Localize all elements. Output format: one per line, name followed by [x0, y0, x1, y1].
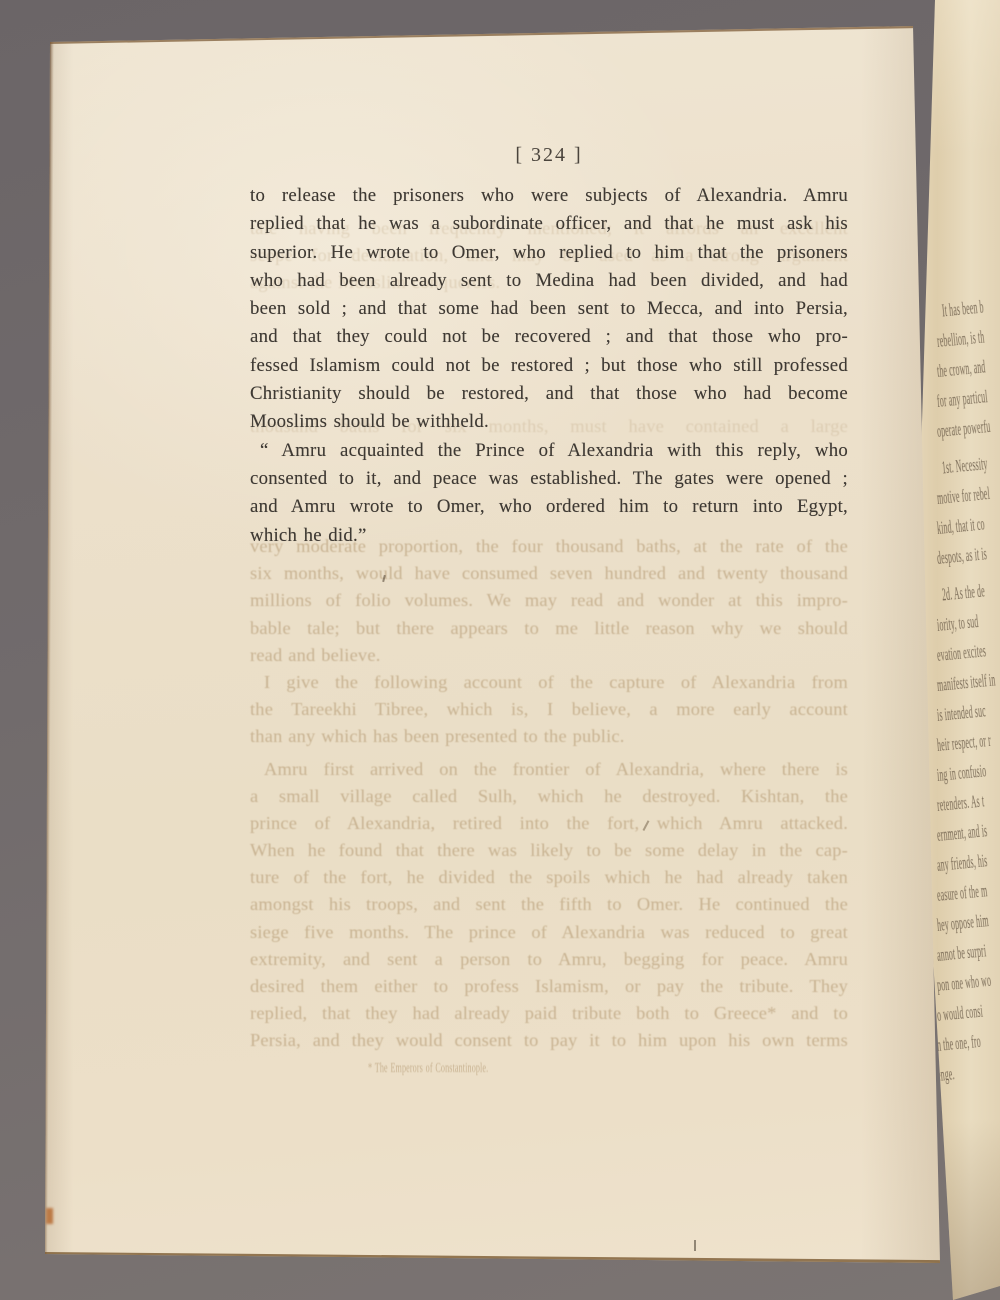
page-left-edge [38, 39, 54, 1256]
text-line: been sold ; and that some had been sent … [250, 295, 848, 323]
bleed-through-line: bable tale; but there appears to me litt… [250, 615, 848, 642]
bleed-through-line: replied, that they had already paid trib… [250, 1000, 848, 1027]
text-line: superior. He wrote to Omer, who replied … [250, 239, 848, 267]
text-line: fessed Islamism could not be restored ; … [250, 352, 848, 380]
bleed-through-lower: very moderate proportion, the four thous… [250, 533, 848, 1055]
text-line: “ Amru acquainted the Prince of Alexandr… [250, 437, 848, 465]
bleed-through-line: very moderate proportion, the four thous… [250, 533, 848, 560]
text-line: to release the prisoners who were subjec… [250, 182, 848, 210]
bleed-through-line: prince of Alexandria, retired into the f… [250, 810, 848, 837]
book-page: [ 324 ] tale having been frequently ment… [42, 24, 942, 1266]
bleed-through-line: Persia, and they would consent to pay it… [250, 1027, 848, 1054]
bleed-through-line: desired them either to profess Islamism,… [250, 973, 848, 1000]
page-number: [ 324 ] [250, 144, 848, 167]
bleed-through-line: a small village called Sulh, which he de… [250, 783, 848, 810]
bleed-through-line: siege five months. The prince of Alexand… [250, 919, 848, 946]
bleed-through-line: When he found that there was likely to b… [250, 837, 848, 864]
bleed-through-line: millions of folio volumes. We may read a… [250, 587, 848, 614]
text-line: and that they could not be recovered ; a… [250, 323, 848, 351]
next-page-text-fragment: It has been brebellion, is ththe crown, … [937, 296, 1000, 1090]
bleed-through-line: amongst his troops, and sent the fifth t… [250, 891, 848, 918]
bleed-through-line: read and believe. [250, 642, 848, 669]
text-line: who had been already sent to Medina had … [250, 267, 848, 295]
bleed-through-footnote: * The Emperors of Constantinople. [297, 1060, 727, 1076]
main-text: to release the prisoners who were subjec… [250, 182, 848, 550]
bleed-through-line: six months, would have consumed seven hu… [250, 560, 848, 587]
bleed-through-line: the Tareekhi Tibree, which is, I believe… [250, 696, 848, 723]
rust-stain [46, 1208, 53, 1224]
page-bottom-edge [44, 1252, 941, 1263]
bleed-through-line: ture of the fort, he divided the spoils … [250, 864, 848, 891]
page-top-edge [49, 25, 915, 43]
text-line: consented to it, and peace was establish… [250, 465, 848, 493]
bleed-through-line: than any which has been presented to the… [250, 723, 848, 750]
bleed-through-line: I give the following account of the capt… [250, 669, 848, 696]
text-line: replied that he was a subordinate office… [250, 210, 848, 238]
stray-mark [694, 1240, 696, 1251]
book-scan-scene: It has been brebellion, is ththe crown, … [0, 0, 1000, 1300]
paragraph-1: to release the prisoners who were subjec… [250, 182, 848, 437]
text-line: and Amru wrote to Omer, who ordered him … [250, 493, 848, 521]
text-line: Christianity should be restored, and tha… [250, 380, 848, 408]
text-line: Mooslims should be withheld. [250, 408, 848, 436]
bleed-through-line: extremity, and sent a person to Amru, be… [250, 946, 848, 973]
bleed-through-line: Amru first arrived on the frontier of Al… [250, 756, 848, 783]
